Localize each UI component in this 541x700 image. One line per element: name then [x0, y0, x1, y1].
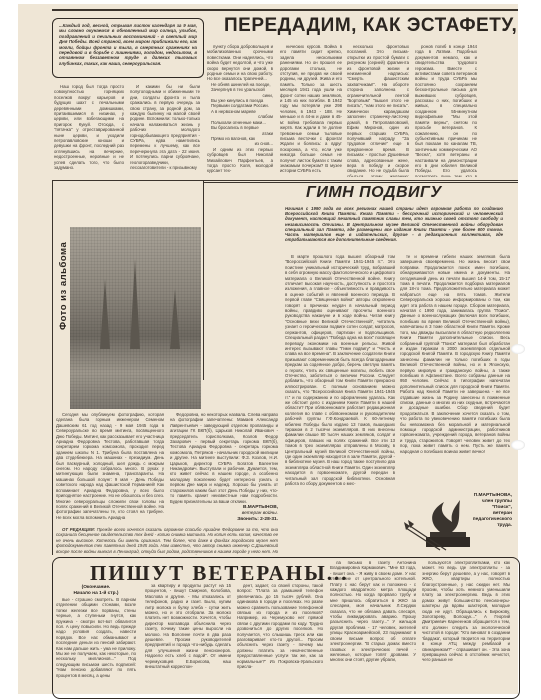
- kremlin-photo: [70, 227, 201, 409]
- tower-shape: [100, 279, 110, 349]
- gimn-signature: П.МАРТЫНОВА, член группы "Поиск", ветера…: [452, 493, 512, 529]
- estafeta-title: ПЕРЕДАДИМ, КАК ЭСТАФЕТУ,: [224, 15, 517, 37]
- estafeta-col-2: И какими бы ни были полуголодными и обиж…: [130, 84, 200, 176]
- editorial-label: ОТ РЕДАКЦИИ:: [62, 527, 95, 532]
- gimn-title: ГИМН ПОДВИГУ: [306, 184, 442, 202]
- photo-col-1: Сегодня мы опубликуем фотографию, котора…: [56, 412, 164, 534]
- estafeta-col-3: пункту сбора добровольцев и мобилизованн…: [207, 44, 273, 177]
- photo-right-rule: [203, 180, 204, 380]
- binder-hole: [511, 440, 525, 450]
- veterans-col-1: вые - страшно смотреть. В парном отделен…: [56, 597, 136, 689]
- binder-hole: [511, 344, 525, 354]
- photo-vertical-caption: Фото из альбома: [58, 160, 69, 330]
- veterans-col-2: за квартиру и продукты растут на 15 проц…: [145, 583, 231, 689]
- photo-left-rule: [52, 180, 53, 555]
- estafeta-col-5: несколько фронтовых посланий. Это письма…: [347, 44, 409, 177]
- estafeta-poem: Не обняв шинелей на поезде, Зачерпнув в …: [207, 82, 273, 147]
- top-rule: [52, 9, 518, 11]
- estafeta-col-6: ронов погиб в конце 1944 года в Латвии. …: [415, 44, 477, 177]
- estafeta-bottom-rule: [52, 180, 518, 181]
- editorial-note: ОТ РЕДАКЦИИ: Прежде всего хочется сказат…: [56, 527, 278, 555]
- gimn-intro: Начиная с 1990 года во всех регионах наш…: [285, 206, 503, 252]
- veterans-col-4: ла письмо в газету Антонина Владимировна…: [330, 560, 416, 689]
- photo-col-2: Федоровна, но некоторых назвала. Слева н…: [170, 412, 278, 510]
- photo-signature: В.МАРТЫНОВ, ветеран войны. Звонить: 2-28…: [170, 505, 278, 523]
- gimn-col-2: те и времени гибели наших земляков была …: [400, 254, 510, 492]
- veterans-continuation: (Окончание. Начало на 1-й стр.): [56, 585, 136, 597]
- gimn-top-rule: [203, 182, 518, 183]
- veterans-col-5: пользуются электроплитками, кто как може…: [422, 560, 510, 689]
- estafeta-col-4: нических курсов. Война в его памяти сиди…: [280, 44, 342, 177]
- estafeta-intro-box: ...Каждый год, весной, отрывая листок ка…: [52, 18, 204, 78]
- tower-shape: [130, 259, 140, 349]
- estafeta-intro: ...Каждый год, весной, отрывая листок ка…: [59, 23, 197, 66]
- gimn-col-1: В марте прошлого года вышел обзорный том…: [285, 254, 395, 554]
- tower-shape: [170, 289, 180, 349]
- veterans-col-3: дент, задает, со своей стороны, такой во…: [237, 583, 323, 689]
